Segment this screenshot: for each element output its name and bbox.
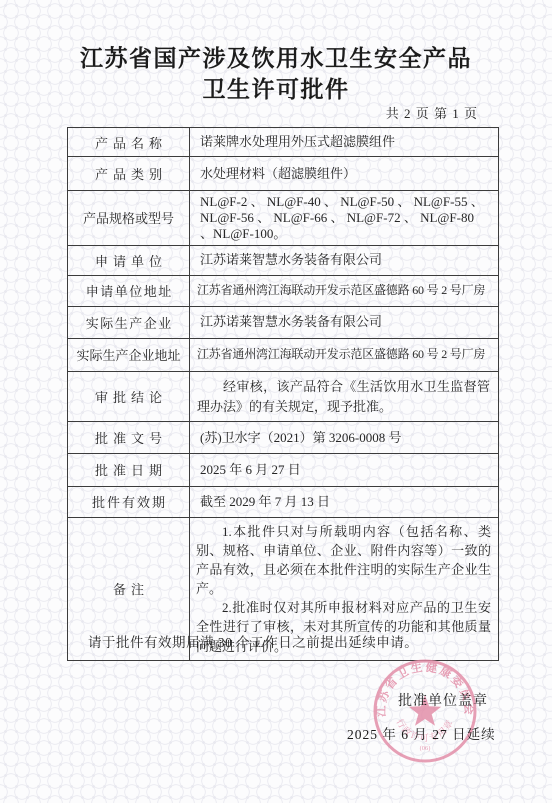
seal-code: (06)	[420, 745, 431, 752]
row-label: 产品类别	[68, 157, 190, 190]
remarks-paragraph-1: 1.本批件只对与所载明内容（包括名称、类别、规格、申请单位、企业、附件内容等）一…	[196, 522, 491, 598]
table-row-manufacturer-address: 实际生产企业地址 江苏省通州湾江海联动开发示范区盛德路 60 号 2 号厂房	[68, 338, 498, 371]
table-row-manufacturer: 实际生产企业 江苏诺莱智慧水务装备有限公司	[68, 306, 498, 338]
row-label: 申请单位	[68, 246, 190, 275]
row-label: 批件有效期	[68, 487, 190, 517]
license-document-page: 江苏省国产涉及饮用水卫生安全产品 卫生许可批件 共 2 页 第 1 页 产品名称…	[0, 0, 552, 803]
row-value: 水处理材料（超滤膜组件）	[190, 157, 498, 190]
row-label: 实际生产企业	[68, 307, 190, 338]
row-value: 江苏省通州湾江海联动开发示范区盛德路 60 号 2 号厂房	[190, 339, 498, 371]
row-value: 截至 2029 年 7 月 13 日	[190, 487, 498, 517]
page-title-line2: 卫生许可批件	[40, 71, 512, 104]
page-title-line1: 江苏省国产涉及饮用水卫生安全产品	[40, 40, 512, 73]
row-value: 江苏诺莱智慧水务装备有限公司	[190, 246, 498, 275]
table-row-product-category: 产品类别 水处理材料（超滤膜组件）	[68, 156, 498, 190]
table-row-validity-period: 批件有效期 截至 2029 年 7 月 13 日	[68, 486, 498, 517]
official-seal-stamp: 江苏省卫生健康委员会 行政许可专用章 (06)	[372, 658, 478, 764]
table-row-approval-conclusion: 审批结论 经审核，该产品符合《生活饮用水卫生监督管理办法》的有关规定，现予批准。	[68, 371, 498, 421]
row-label: 产品名称	[68, 128, 190, 156]
renewal-date: 2025 年 6 月 27 日延续	[347, 723, 496, 743]
row-label: 审批结论	[68, 372, 190, 421]
row-value: 2025 年 6 月 27 日	[190, 454, 498, 486]
table-row-approval-number: 批准文号 (苏)卫水字（2021）第 3206-0008 号	[68, 421, 498, 453]
row-value: (苏)卫水字（2021）第 3206-0008 号	[190, 422, 498, 453]
row-value: 诺莱牌水处理用外压式超滤膜组件	[190, 128, 498, 156]
approval-table: 产品名称 诺莱牌水处理用外压式超滤膜组件 产品类别 水处理材料（超滤膜组件） 产…	[67, 127, 499, 661]
row-value: 经审核，该产品符合《生活饮用水卫生监督管理办法》的有关规定，现予批准。	[190, 372, 498, 421]
table-row-approval-date: 批准日期 2025 年 6 月 27 日	[68, 453, 498, 486]
table-row-applicant-address: 申请单位地址 江苏省通州湾江海联动开发示范区盛德路 60 号 2 号厂房	[68, 275, 498, 306]
table-row-product-models: 产品规格或型号 NL@F-2 、 NL@F-40 、 NL@F-50 、 NL@…	[68, 190, 498, 245]
renewal-note: 请于批件有效期届满 30 个工作日之前提出延续申请。	[88, 631, 418, 651]
row-label: 批准文号	[68, 422, 190, 453]
page-count: 共 2 页 第 1 页	[386, 103, 478, 122]
table-row-product-name: 产品名称 诺莱牌水处理用外压式超滤膜组件	[68, 128, 498, 156]
row-value: 江苏诺莱智慧水务装备有限公司	[190, 307, 498, 338]
row-label: 实际生产企业地址	[68, 339, 190, 371]
stamp-caption: 批准单位盖章	[398, 690, 488, 710]
row-label: 批准日期	[68, 454, 190, 486]
table-row-applicant: 申请单位 江苏诺莱智慧水务装备有限公司	[68, 245, 498, 275]
row-label: 产品规格或型号	[68, 191, 190, 245]
row-value: NL@F-2 、 NL@F-40 、 NL@F-50 、 NL@F-55 、NL…	[190, 191, 498, 245]
row-value: 江苏省通州湾江海联动开发示范区盛德路 60 号 2 号厂房	[190, 276, 498, 306]
row-label: 申请单位地址	[68, 276, 190, 306]
